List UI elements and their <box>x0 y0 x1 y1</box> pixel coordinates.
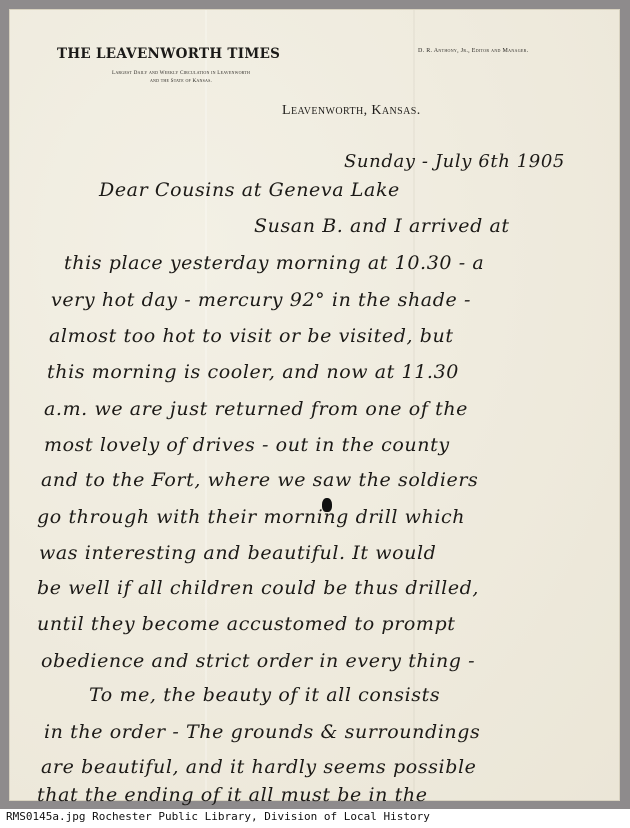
letter-line: be well if all children could be thus dr… <box>37 577 479 599</box>
letter-date: Sunday - July 6th 1905 <box>344 151 565 172</box>
letter-salutation: Dear Cousins at Geneva Lake <box>99 179 400 201</box>
letter-line: until they become accustomed to prompt <box>37 613 456 635</box>
letter-line: go through with their morning drill whic… <box>37 506 465 528</box>
letter-line: in the order - The grounds & surrounding… <box>44 721 480 743</box>
letter-line: a.m. we are just returned from one of th… <box>44 398 468 420</box>
letter-page: THE LEAVENWORTH TIMES Largest Daily and … <box>9 9 620 801</box>
letterhead-subtitle: Largest Daily and Weekly Circulation in … <box>71 70 291 85</box>
letter-line: Susan B. and I arrived at <box>254 215 510 237</box>
letterhead-subtitle-line-1: Largest Daily and Weekly Circulation in … <box>71 70 291 78</box>
ink-blot <box>322 498 332 512</box>
letter-line: that the ending of it all must be in the <box>37 784 428 806</box>
image-caption: RMS0145a.jpg Rochester Public Library, D… <box>6 810 430 823</box>
letter-line: and to the Fort, where we saw the soldie… <box>41 469 478 491</box>
letterhead-place: Leavenworth, Kansas. <box>282 103 421 119</box>
letter-line: this place yesterday morning at 10.30 - … <box>64 252 484 274</box>
letter-line: most lovely of drives - out in the count… <box>44 434 450 456</box>
letterhead-title: THE LEAVENWORTH TIMES <box>57 46 280 62</box>
letter-line: almost too hot to visit or be visited, b… <box>49 325 454 347</box>
scan-background: THE LEAVENWORTH TIMES Largest Daily and … <box>0 0 630 809</box>
letter-line: To me, the beauty of it all consists <box>89 684 440 706</box>
letter-line: obedience and strict order in every thin… <box>41 650 475 672</box>
letter-line: was interesting and beautiful. It would <box>39 542 436 564</box>
letterhead-editor: D. R. Anthony, Jr., Editor and Manager. <box>418 48 528 54</box>
letter-line: this morning is cooler, and now at 11.30 <box>47 361 459 383</box>
letterhead-subtitle-line-2: and the State of Kansas. <box>71 78 291 86</box>
letter-line: are beautiful, and it hardly seems possi… <box>41 756 477 778</box>
letter-line: very hot day - mercury 92° in the shade … <box>51 289 471 311</box>
